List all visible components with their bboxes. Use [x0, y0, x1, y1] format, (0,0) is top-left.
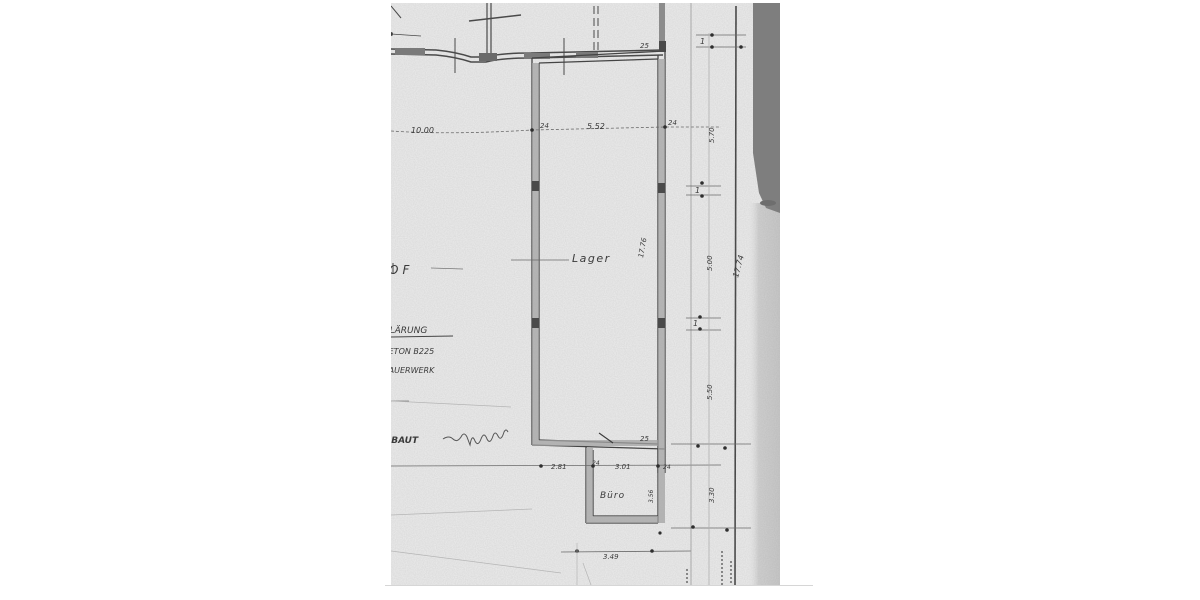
dim-bottom-wall-a: 24	[592, 460, 600, 467]
dim-top-left: 10.00	[411, 126, 434, 135]
dim-right-3: 5.50	[706, 384, 714, 400]
dim-bottom-mid: 3.01	[615, 463, 631, 471]
dim-right-2: 5.00	[706, 255, 714, 271]
dim-wall-corner: 25	[640, 42, 649, 50]
legend-line-3: ...AUERWERK	[391, 366, 435, 375]
dim-wall-bottom: 25	[640, 435, 649, 443]
legend-line-1: ...LÄRUNG	[391, 325, 427, 336]
dim-bottom-wall-b: 24	[663, 464, 671, 471]
legend-line-2: ...ETON B225	[391, 347, 434, 356]
dim-tick-2: 1	[695, 186, 700, 195]
dim-wall-right: 24	[668, 119, 677, 127]
room-label-buero: Büro	[600, 491, 625, 501]
dim-bottom-left: 2.81	[551, 463, 567, 471]
dim-tick-3: 1	[693, 319, 698, 328]
room-label-lager: Lager	[572, 252, 611, 265]
dim-tick-1: 1	[700, 37, 705, 46]
page-baseline-divider	[385, 585, 813, 586]
dim-wall-left: 24	[540, 122, 549, 130]
floor-plan-drawing: 10.00 5.52 24 24 25 25 17.76 5.70 5.00 5…	[391, 3, 780, 585]
dim-bottom-width: 3.49	[603, 553, 619, 561]
dim-top-mid: 5.52	[587, 122, 605, 131]
scan-edge-band	[747, 203, 780, 585]
dim-buero-depth: 3.56	[648, 489, 655, 503]
dim-right-4: 3.30	[708, 487, 716, 503]
dim-right-1: 5.70	[708, 127, 716, 143]
floor-plan-image: 10.00 5.52 24 24 25 25 17.76 5.70 5.00 5…	[391, 3, 780, 585]
legend-line-4: ...BAUT	[391, 436, 419, 446]
legend-title-fragment: OF	[391, 263, 413, 277]
